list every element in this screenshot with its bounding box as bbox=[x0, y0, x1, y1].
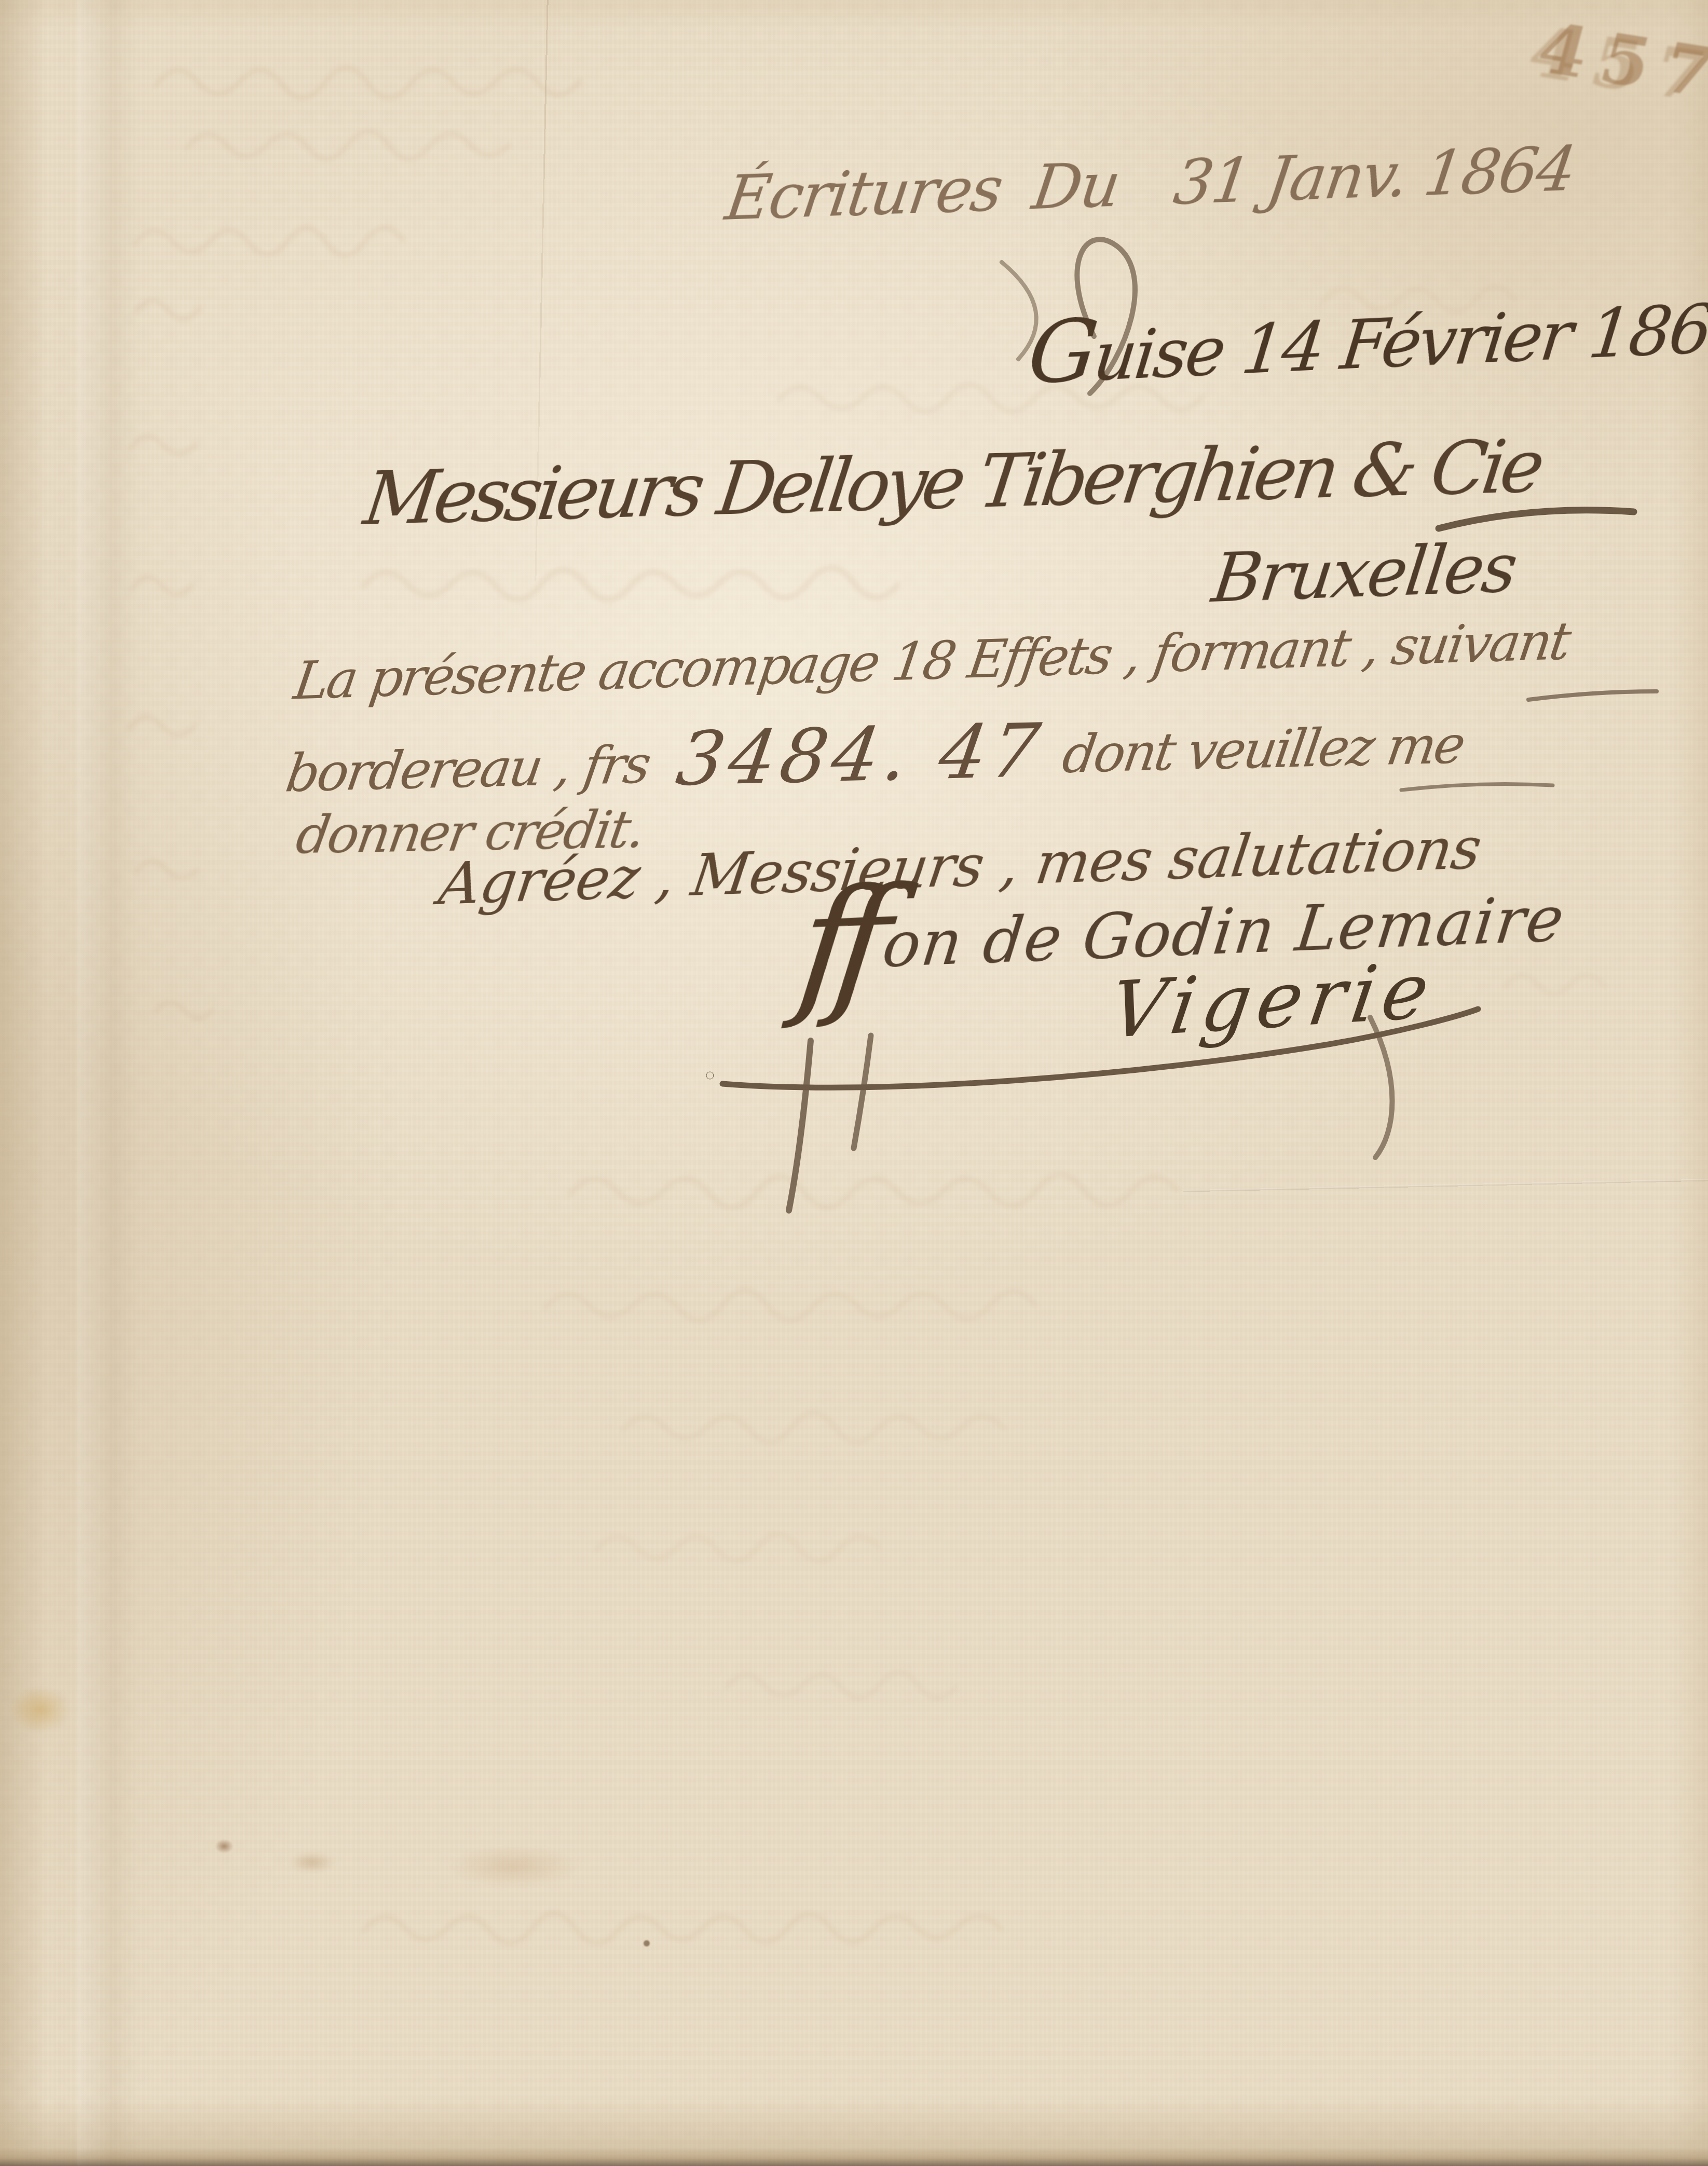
paraph-tail-short bbox=[854, 1036, 871, 1148]
ink-flourishes bbox=[0, 0, 1708, 2166]
letter-scan-page: 457 ÉcrituresDu31 Janv. 1864 Guise 14 Fé… bbox=[0, 0, 1708, 2166]
paraph-tail-long bbox=[789, 1041, 811, 1210]
ecritures-tail-flourish bbox=[1002, 262, 1036, 359]
dash-after-cie bbox=[1439, 510, 1634, 528]
guise-capital-flourish bbox=[1077, 239, 1135, 393]
dash-after-suivant bbox=[1528, 691, 1657, 700]
dash-after-me bbox=[1401, 784, 1553, 790]
underline-dot bbox=[706, 1072, 714, 1079]
signature-underline bbox=[722, 1009, 1478, 1087]
